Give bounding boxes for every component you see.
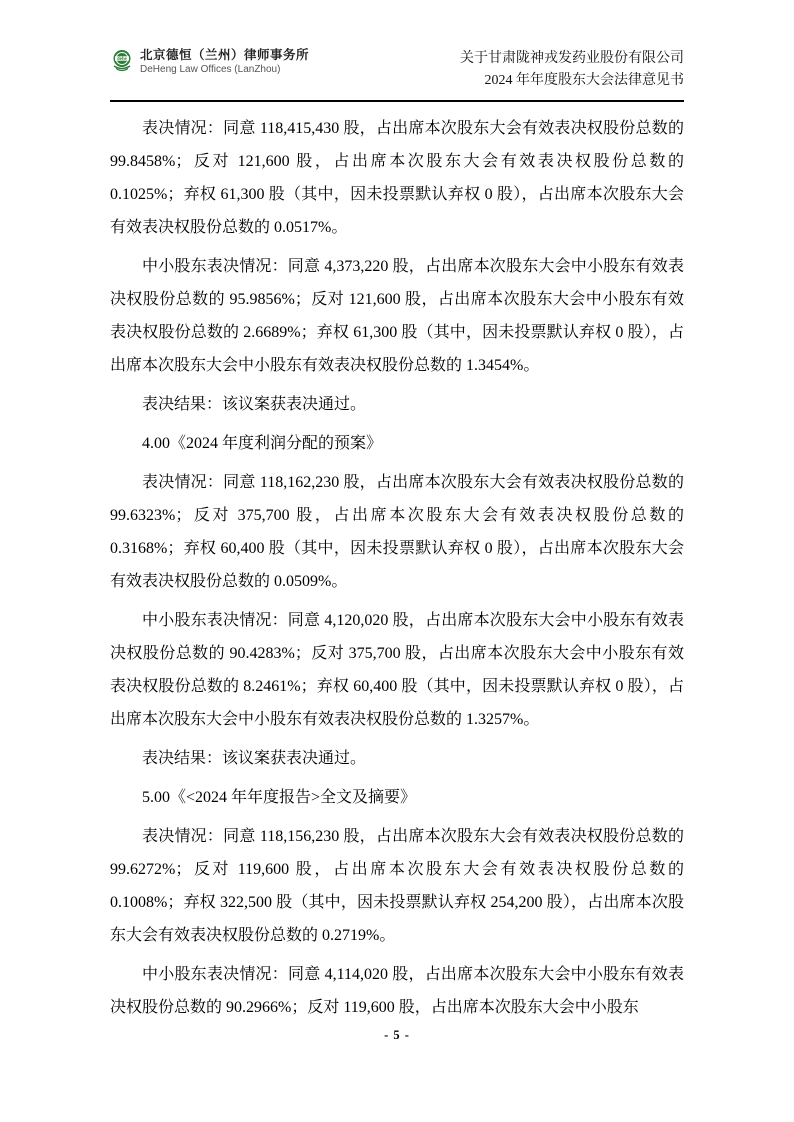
vote-result-paragraph: 表决结果：该议案获表决通过。 [110, 742, 684, 775]
vote-detail-paragraph: 表决情况：同意 118,415,430 股，占出席本次股东大会有效表决权股份总数… [110, 112, 684, 244]
minor-shareholder-vote-paragraph: 中小股东表决情况：同意 4,120,020 股，占出席本次股东大会中小股东有效表… [110, 604, 684, 736]
law-firm-name-english: DeHeng Law Offices (LanZhou) [140, 63, 309, 76]
vote-detail-paragraph: 表决情况：同意 118,156,230 股，占出席本次股东大会有效表决权股份总数… [110, 820, 684, 952]
legal-opinion-document-page: dehe 北京德恒（兰州）律师事务所 DeHeng Law Offices (L… [0, 0, 794, 1122]
document-body: 表决情况：同意 118,415,430 股，占出席本次股东大会有效表决权股份总数… [110, 108, 684, 1024]
deheng-law-firm-logo-icon: dehe [110, 48, 134, 79]
document-reference-title: 关于甘肃陇神戎发药业股份有限公司 2024 年年度股东大会法律意见书 [460, 48, 684, 92]
document-reference-line2: 2024 年年度股东大会法律意见书 [460, 70, 684, 92]
law-firm-identity: dehe 北京德恒（兰州）律师事务所 DeHeng Law Offices (L… [110, 48, 309, 79]
svg-text:dehe: dehe [117, 56, 127, 61]
law-firm-name-chinese: 北京德恒（兰州）律师事务所 [140, 48, 309, 63]
document-reference-line1: 关于甘肃陇神戎发药业股份有限公司 [460, 48, 684, 70]
vote-detail-paragraph: 表决情况：同意 118,162,230 股，占出席本次股东大会有效表决权股份总数… [110, 466, 684, 598]
page-header: dehe 北京德恒（兰州）律师事务所 DeHeng Law Offices (L… [110, 48, 684, 102]
vote-result-paragraph: 表决结果：该议案获表决通过。 [110, 388, 684, 421]
minor-shareholder-vote-paragraph: 中小股东表决情况：同意 4,114,020 股，占出席本次股东大会中小股东有效表… [110, 958, 684, 1024]
minor-shareholder-vote-paragraph: 中小股东表决情况：同意 4,373,220 股，占出席本次股东大会中小股东有效表… [110, 250, 684, 382]
proposal-heading-5: 5.00《<2024 年年度报告>全文及摘要》 [110, 781, 684, 814]
law-firm-name-block: 北京德恒（兰州）律师事务所 DeHeng Law Offices (LanZho… [140, 48, 309, 76]
page-number: - 5 - [0, 1028, 794, 1043]
proposal-heading-4: 4.00《2024 年度利润分配的预案》 [110, 427, 684, 460]
